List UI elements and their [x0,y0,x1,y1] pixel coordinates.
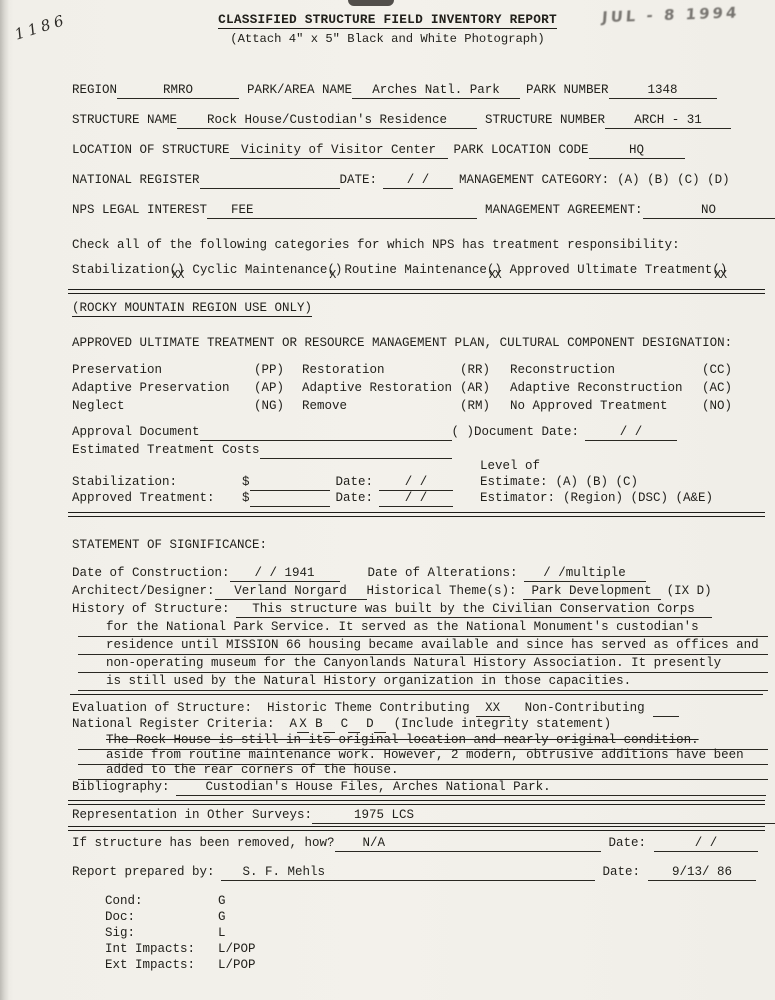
theme-suffix: (IX D) [667,584,712,598]
code-row-doc: Doc:G [105,909,226,925]
approved-treatment-label: Approved Treatment: [72,490,242,506]
option-code: (NO) [702,397,748,415]
code-row-sig: Sig:L [105,925,226,941]
date-label: Date: [336,475,374,489]
architect-label: Architect/Designer: [72,584,215,598]
integrity-line: added to the rear corners of the house. [78,763,768,780]
structure-number-label: STRUCTURE NUMBER [485,113,605,127]
criteria-note: (Include integrity statement) [394,717,612,731]
construction-date-row: Date of Construction:/ / 1941Date of Alt… [72,565,646,582]
checkbox-mark: XX [489,269,501,282]
document-date-label: ( )Document Date: [452,425,580,439]
management-agreement-label: MANAGEMENT AGREEMENT: [485,203,643,217]
option-name: Adaptive Restoration [302,379,460,397]
contributing-mark: XX [476,701,510,717]
park-number-value: 1348 [609,83,717,99]
criteria-c: C [341,717,349,731]
prepared-date-value: 9/13/ 86 [648,865,756,881]
checkbox-mark: XX [714,269,726,282]
nps-legal-interest-row: NPS LEGAL INTERESTFEEMANAGEMENT AGREEMEN… [72,202,775,219]
checkbox-label-routine-maintenance: Routine Maintenance [344,263,487,277]
criteria-d-mark [374,717,386,733]
noncontributing-label: Non-Contributing [525,701,645,715]
section-divider [68,512,765,517]
bibliography-value: Custodian's House Files, Arches National… [176,780,766,796]
code-row-ext-impacts: Ext Impacts:L/POP [105,957,256,973]
treatment-responsibility-row: Stabilization()XXCyclic Maintenance()XRo… [72,262,735,279]
location-label: LOCATION OF STRUCTURE [72,143,230,157]
criteria-a: A [290,717,298,731]
option-code: (CC) [702,361,748,379]
criteria-c-mark [348,717,360,733]
estimated-costs-value [260,443,452,459]
criteria-b: B [315,717,323,731]
surveys-value: 1975 LCS [312,808,775,824]
stabilization-cost-row: Stabilization:$Date:/ /Estimate:(A) (B) … [72,474,453,491]
nps-legal-interest-value: FEE [207,203,477,219]
alterations-label: Date of Alterations: [368,566,518,580]
history-line: is still used by the Natural History org… [78,674,768,691]
criteria-row: National Register Criteria:AXBCD(Include… [72,716,611,733]
option-code: (RM) [460,397,510,415]
history-line: for the National Park Service. It served… [78,620,768,637]
surveys-label: Representation in Other Surveys: [72,808,312,822]
removed-row: If structure has been removed, how?N/ADa… [72,835,758,852]
prepared-label: Report prepared by: [72,865,215,879]
structure-name-value: Rock House/Custodian's Residence [177,113,477,129]
management-agreement-value: NO [643,203,775,219]
code-value: L [218,926,226,940]
checkbox-mark: XX [172,269,184,282]
option-name: Remove [302,397,460,415]
option-name: Neglect [72,397,254,415]
history-label: History of Structure: [72,602,230,616]
history-row: History of Structure:This structure was … [72,601,712,618]
park-area-value: Arches Natl. Park [352,83,520,99]
history-line: residence until MISSION 66 housing becam… [78,638,768,655]
significance-heading: STATEMENT OF SIGNIFICANCE: [72,537,267,553]
criteria-label: National Register Criteria: [72,717,275,731]
prepared-value: S. F. Mehls [221,865,595,881]
date-label: Date: [336,491,374,505]
structure-name-row: STRUCTURE NAMERock House/Custodian's Res… [72,112,731,129]
scanned-form-page: 1186 JUL - 8 1994 CLASSIFIED STRUCTURE F… [0,0,775,1000]
construction-label: Date of Construction: [72,566,230,580]
scan-left-edge [0,0,9,1000]
estimate-row: Estimate:(A) (B) (C) [480,474,638,490]
approved-treatment-date-value: / / [379,491,453,507]
theme-value: Park Development [523,584,661,600]
removed-date-value: / / [654,836,758,852]
option-name: Adaptive Preservation [72,379,254,397]
management-category-options: (A) (B) (C) (D) [617,173,730,187]
location-value: Vicinity of Visitor Center [230,143,448,159]
estimator-row: Estimator:(Region) (DSC) (A&E) [480,490,713,506]
form-subtitle: (Attach 4" x 5" Black and White Photogra… [0,32,775,46]
option-name: Adaptive Reconstruction [510,379,702,397]
document-date-value: / / [585,425,677,441]
code-row-int-impacts: Int Impacts:L/POP [105,941,256,957]
stabilization-label: Stabilization: [72,474,242,490]
theme-label: Historical Theme(s): [367,584,517,598]
evaluation-row: Evaluation of Structure:Historic Theme C… [72,700,679,717]
treatment-responsibility-intro: Check all of the following categories fo… [72,237,680,253]
estimate-label: Estimate: [480,475,548,489]
alterations-value: / /multiple [524,566,646,582]
removed-value: N/A [335,836,601,852]
option-code: (AP) [254,379,302,397]
scanner-artifact [348,0,394,6]
park-number-label: PARK NUMBER [526,83,609,97]
nr-date-label: DATE: [340,173,378,187]
section-divider [68,289,765,294]
option-code: (PP) [254,361,302,379]
estimator-options: (Region) (DSC) (A&E) [563,491,713,505]
option-name: No Approved Treatment [510,397,702,415]
criteria-a-mark: X [297,717,309,733]
form-header: CLASSIFIED STRUCTURE FIELD INVENTORY REP… [0,12,775,46]
level-of-label: Level of [480,458,540,474]
section-divider [68,800,765,805]
history-line-1: This structure was built by the Civilian… [236,602,712,618]
option-code: (AR) [460,379,510,397]
estimated-costs-row: Estimated Treatment Costs [72,442,452,459]
code-value: G [218,910,226,924]
structure-number-value: ARCH - 31 [605,113,731,129]
form-title: CLASSIFIED STRUCTURE FIELD INVENTORY REP… [218,12,557,29]
designation-title: APPROVED ULTIMATE TREATMENT OR RESOURCE … [72,335,732,351]
removed-label: If structure has been removed, how? [72,836,335,850]
structure-name-label: STRUCTURE NAME [72,113,177,127]
region-row: REGIONRMROPARK/AREA NAMEArches Natl. Par… [72,82,717,99]
code-row-cond: Cond:G [105,893,226,909]
architect-row: Architect/Designer:Verland NorgardHistor… [72,583,712,600]
stabilization-date-value: / / [379,475,453,491]
section-divider [68,826,765,831]
approval-document-label: Approval Document [72,425,200,439]
criteria-b-mark [323,717,335,733]
noncontributing-mark [653,701,679,717]
prepared-row: Report prepared by:S. F. MehlsDate:9/13/… [72,864,756,881]
national-register-label: NATIONAL REGISTER [72,173,200,187]
nr-date-value: / / [383,173,453,189]
evaluation-label: Evaluation of Structure: [72,701,252,715]
historic-theme-contributing-label: Historic Theme Contributing [267,701,470,715]
estimated-costs-label: Estimated Treatment Costs [72,443,260,457]
code-value: L/POP [218,942,256,956]
national-register-value [200,173,340,189]
approved-treatment-cost-value [250,491,330,507]
estimate-options: (A) (B) (C) [556,475,639,489]
national-register-row: NATIONAL REGISTERDATE:/ /MANAGEMENT CATE… [72,172,730,189]
stabilization-cost-value [250,475,330,491]
park-location-code-label: PARK LOCATION CODE [454,143,589,157]
option-name: Preservation [72,361,254,379]
checkbox-label-approved-ultimate-treatment: Approved Ultimate Treatment [510,263,713,277]
estimator-label: Estimator: [480,491,555,505]
park-area-label: PARK/AREA NAME [247,83,352,97]
surveys-row: Representation in Other Surveys:1975 LCS [72,807,775,824]
option-code: (AC) [702,379,748,397]
code-value: L/POP [218,958,256,972]
checkbox-label-cyclic-maintenance: Cyclic Maintenance [192,263,327,277]
region-value: RMRO [117,83,239,99]
option-code: (RR) [460,361,510,379]
option-name: Reconstruction [510,361,702,379]
bibliography-label: Bibliography: [72,780,170,794]
prepared-date-label: Date: [603,865,641,879]
section-divider [70,694,763,695]
option-code: (NG) [254,397,302,415]
checkbox-mark: X [329,269,335,282]
option-name: Restoration [302,361,460,379]
nps-legal-interest-label: NPS LEGAL INTEREST [72,203,207,217]
currency-sign: $ [242,475,250,489]
approval-document-row: Approval Document( )Document Date:/ / [72,424,677,441]
bibliography-row: Bibliography:Custodian's House Files, Ar… [72,779,766,796]
management-category-label: MANAGEMENT CATEGORY: [459,173,609,187]
architect-value: Verland Norgard [215,584,367,600]
approval-document-value [200,425,452,441]
region-use-heading: (ROCKY MOUNTAIN REGION USE ONLY) [72,300,312,316]
code-value: G [218,894,226,908]
history-line: non-operating museum for the Canyonlands… [78,656,768,673]
removed-date-label: Date: [609,836,647,850]
approved-treatment-cost-row: Approved Treatment:$Date:/ /Estimator:(R… [72,490,453,507]
park-location-code-value: HQ [589,143,685,159]
location-row: LOCATION OF STRUCTUREVicinity of Visitor… [72,142,685,159]
construction-value: / / 1941 [230,566,340,582]
currency-sign: $ [242,491,250,505]
criteria-d: D [366,717,374,731]
region-label: REGION [72,83,117,97]
checkbox-label-stabilization: Stabilization [72,263,170,277]
treatment-options-table: Preservation(PP)Restoration(RR)Reconstru… [72,361,748,415]
